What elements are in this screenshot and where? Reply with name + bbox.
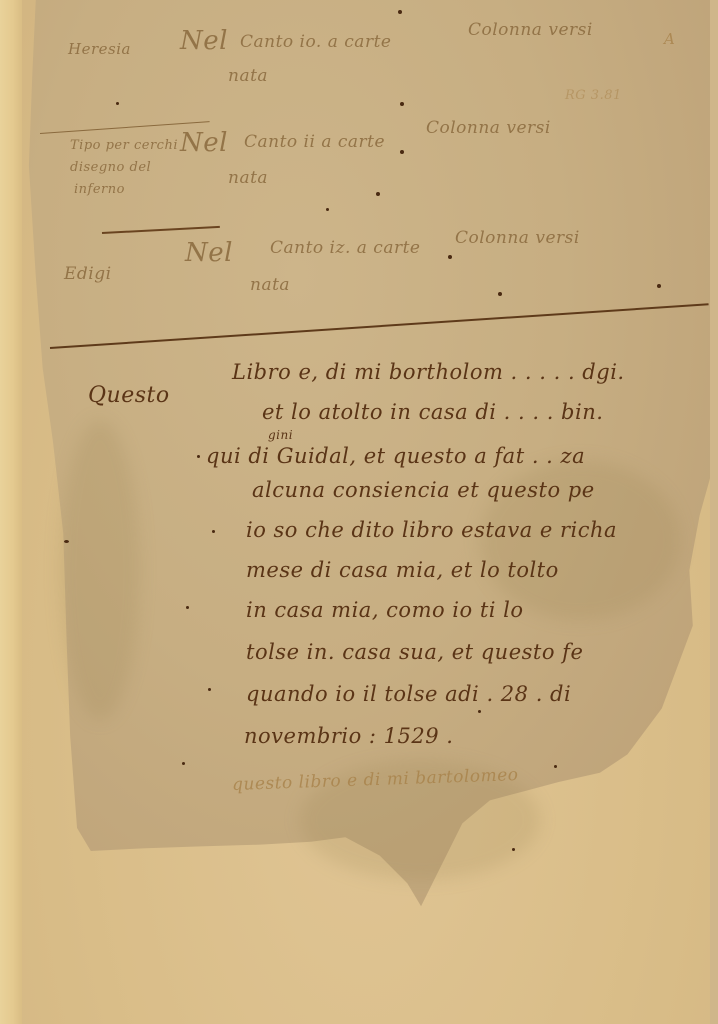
page-mark: A — [664, 30, 675, 48]
text-line-9: quando io il tolse adi . 28 . di — [246, 682, 571, 706]
pinhole — [400, 102, 404, 106]
pinhole — [182, 762, 185, 765]
entry-canto: Canto io. a carte — [240, 32, 391, 52]
text-line-8: tolse in. casa sua, et questo fe — [246, 640, 583, 664]
pinhole — [326, 208, 329, 211]
pinhole — [376, 192, 380, 196]
entry-column: Colonna versi — [468, 20, 593, 40]
entry-canto: Canto iz. a carte — [270, 238, 420, 258]
entry-column: Colonna versi — [455, 228, 580, 248]
backing-paper-right-edge — [710, 0, 718, 1024]
text-line-10: novembrio : 1529 . — [244, 724, 453, 748]
margin-label-edigi: Edigi — [64, 264, 112, 284]
entry-line2: nata — [250, 275, 290, 295]
entry-abbrev: Nel — [185, 238, 233, 268]
pinhole — [554, 765, 557, 768]
pinhole — [478, 710, 481, 713]
entry-canto: Canto ii a carte — [244, 132, 385, 152]
pinhole — [212, 530, 215, 533]
text-line-1: Libro e, di mi bortholom . . . . . dgi. — [232, 360, 625, 384]
pinhole — [116, 102, 119, 105]
entry-line2: nata — [228, 168, 268, 188]
pinhole — [197, 455, 200, 458]
margin-label-line: Tipo per cerchi — [70, 138, 178, 153]
margin-label-heresia: Heresia — [68, 40, 131, 58]
pinhole — [512, 848, 515, 851]
entry-abbrev: Nel — [180, 26, 228, 56]
margin-word-questo: Questo — [88, 383, 170, 408]
pinhole — [657, 284, 661, 288]
entry-abbrev: Nel — [180, 128, 228, 158]
entry-column: Colonna versi — [426, 118, 551, 138]
pinhole — [498, 292, 502, 296]
entry-line2: nata — [228, 66, 268, 86]
pinhole — [64, 540, 69, 543]
interlinear-note: gini — [268, 428, 293, 442]
margin-label-line: inferno — [74, 182, 125, 197]
margin-label-line: disegno del — [70, 160, 151, 175]
text-line-7: in casa mia, como io ti lo — [246, 598, 524, 622]
text-line-2: et lo atolto in casa di . . . . bin. — [262, 400, 603, 424]
text-line-6: mese di casa mia, et lo tolto — [246, 558, 559, 582]
text-line-5: io so che dito libro estava e richa — [246, 518, 617, 542]
text-line-3: qui di Guidal, et questo a fat . . za — [206, 444, 585, 468]
pinhole — [448, 255, 452, 259]
water-stain — [60, 420, 140, 720]
text-line-4: alcuna consiencia et questo pe — [252, 478, 595, 502]
faint-stamp: RG 3.81 — [565, 88, 622, 103]
pinhole — [400, 150, 404, 154]
pinhole — [398, 10, 402, 14]
pinhole — [208, 688, 211, 691]
pinhole — [186, 606, 189, 609]
backing-paper-left-edge — [0, 0, 22, 1024]
